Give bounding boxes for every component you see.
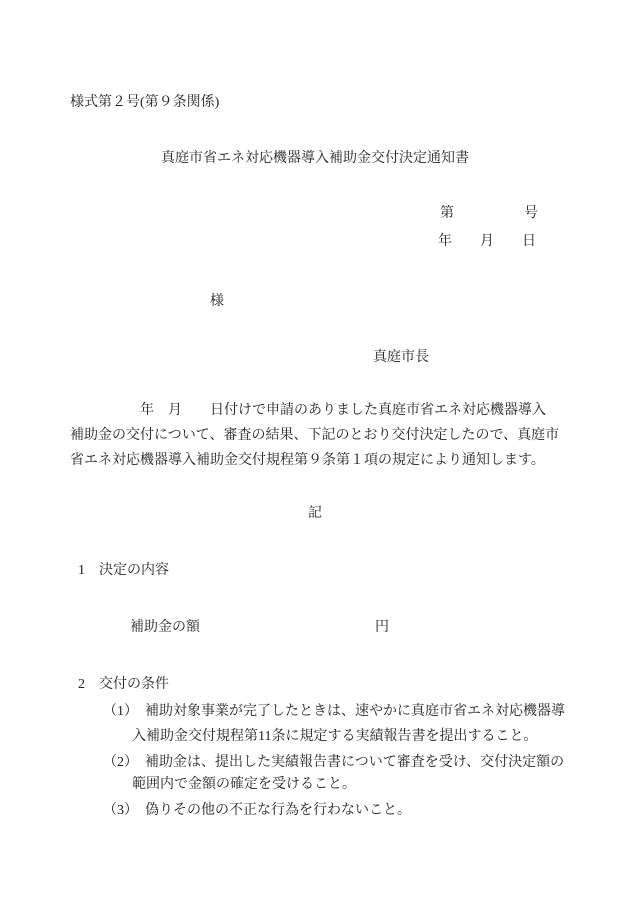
addressee-honorific: 様 xyxy=(210,294,224,310)
date-line: 年 月 日 xyxy=(438,234,536,250)
body-line: 補助金の交付について、審査の結果、下記のとおり交付決定したので、真庭市 xyxy=(70,428,559,444)
form-number: 様式第２号(第９条関係) xyxy=(70,95,219,111)
amount-unit: 円 xyxy=(375,620,389,636)
condition-line: 入補助金交付規程第11条に規定する実績報告書を提出すること。 xyxy=(132,729,537,745)
condition-line: （1） 補助対象事業が完了したときは、速やかに真庭市省エネ対応機器導 xyxy=(103,704,565,720)
document-page: 様式第２号(第９条関係) 真庭市省エネ対応機器導入補助金交付決定通知書 第 号 … xyxy=(0,0,630,903)
condition-line: （3） 偽りその他の不正な行為を行わないこと。 xyxy=(103,803,411,819)
body-line: 年 月 日付けで申請のありました真庭市省エネ対応機器導入 xyxy=(70,403,546,419)
document-title: 真庭市省エネ対応機器導入補助金交付決定通知書 xyxy=(0,151,630,167)
sender-title: 真庭市長 xyxy=(373,350,429,366)
ki-heading: 記 xyxy=(0,506,630,522)
section-2-heading: 2 交付の条件 xyxy=(78,677,169,693)
amount-label: 補助金の額 xyxy=(130,620,200,636)
doc-number-line: 第 号 xyxy=(440,206,538,222)
section-1-heading: 1 決定の内容 xyxy=(78,563,169,579)
condition-line: 範囲内で金額の確定を受けること。 xyxy=(132,777,356,793)
condition-line: （2） 補助金は、提出した実績報告書について審査を受け、交付決定額の xyxy=(103,755,564,771)
body-line: 省エネ対応機器導入補助金交付規程第９条第１項の規定により通知します。 xyxy=(70,453,545,469)
